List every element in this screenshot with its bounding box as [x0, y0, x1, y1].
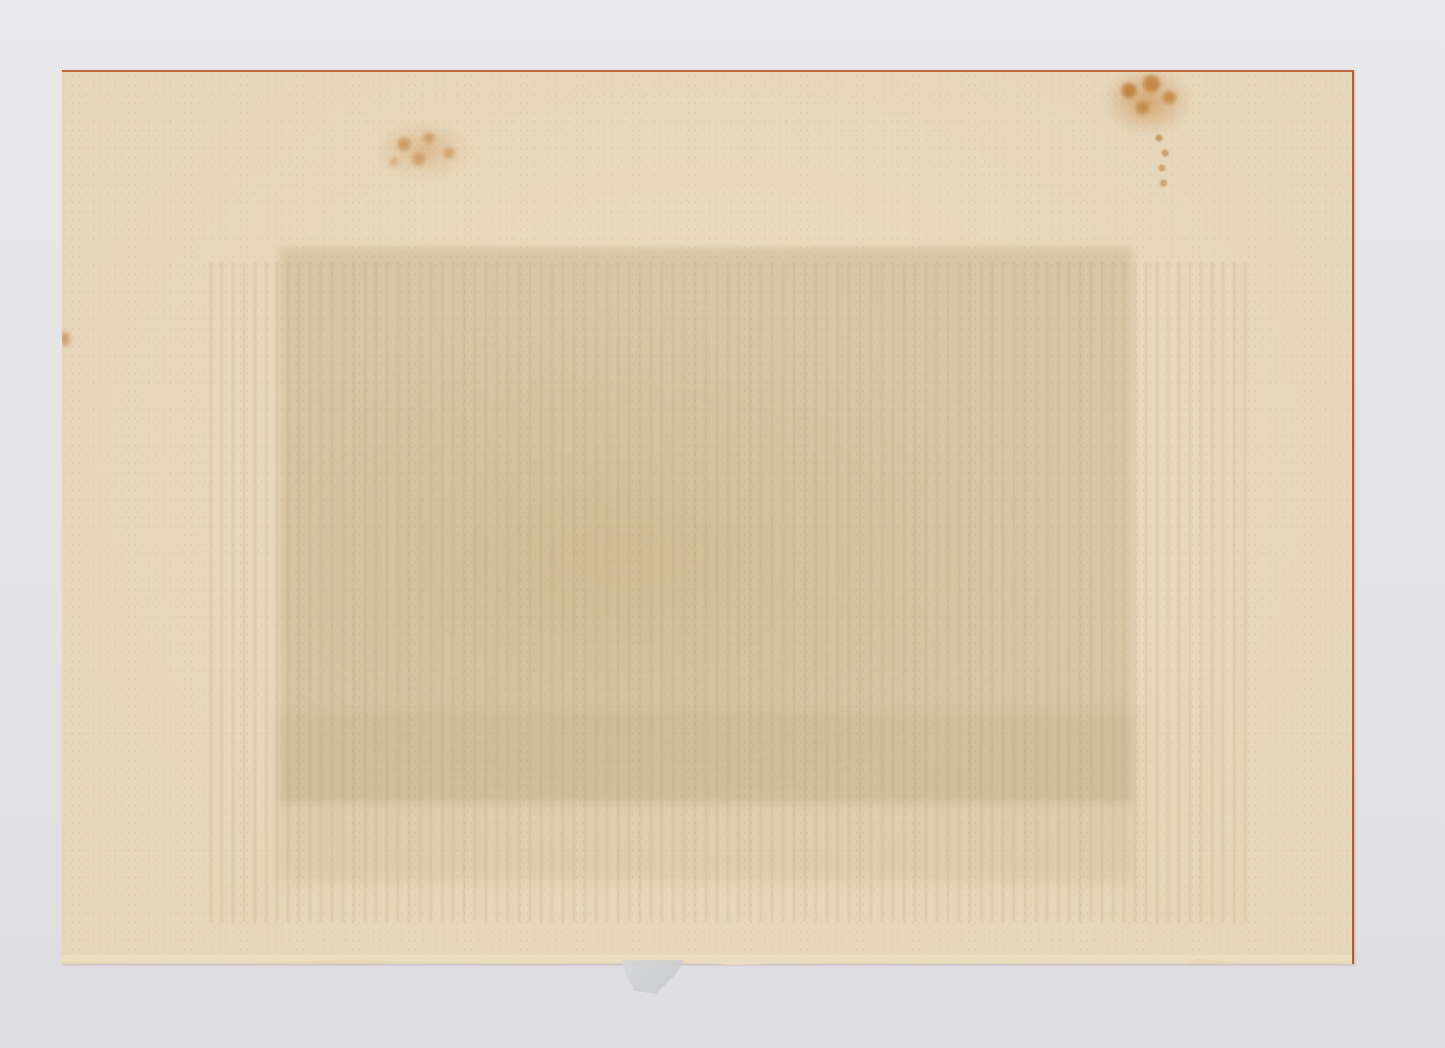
paper-sheet [62, 70, 1354, 964]
foxing-stain-top-right [1102, 70, 1192, 136]
foxing-drips [1147, 132, 1177, 192]
show-through-lower-band [277, 712, 1137, 882]
foxing-stain-top-left [374, 120, 474, 180]
foxing-stain-left-edge [62, 332, 70, 346]
